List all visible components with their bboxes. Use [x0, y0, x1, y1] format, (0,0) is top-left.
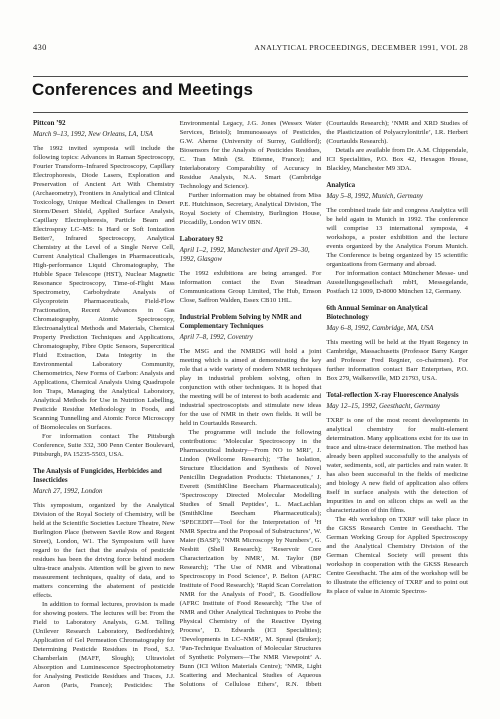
- section-paragraph: TXRF is one of the most recent developme…: [326, 416, 468, 515]
- masthead: 430 ANALYTICAL PROCEEDINGS, DECEMBER 199…: [33, 42, 468, 52]
- section-date: March 27, 1992, London: [33, 487, 175, 496]
- conference-section: Pittcon ’92March 9–13, 1992, New Orleans…: [33, 119, 175, 459]
- top-rule: [33, 76, 468, 77]
- section-paragraph: The 4th workshop on TXRF will take place…: [326, 515, 468, 596]
- conference-section: AnalyticaMay 5–8, 1992, Munich, GermanyT…: [326, 181, 468, 296]
- journal-header: ANALYTICAL PROCEEDINGS, DECEMBER 1991, V…: [254, 43, 468, 52]
- journal-page: 430 ANALYTICAL PROCEEDINGS, DECEMBER 199…: [0, 0, 500, 719]
- section-date: March 9–13, 1992, New Orleans, LA, USA: [33, 130, 175, 139]
- conference-section: Laboratory 92April 1–2, 1992, Manchester…: [180, 235, 322, 305]
- section-paragraph: The 1992 exhibitions are being arranged.…: [180, 269, 322, 305]
- section-heading: 6th Annual Seminar on Analytical Biotech…: [326, 304, 468, 322]
- page-number: 430: [33, 42, 47, 52]
- section-date: May 6–8, 1992, Cambridge, MA, USA: [326, 324, 468, 333]
- section-paragraph: The 1992 invited symposia will include t…: [33, 144, 175, 432]
- section-paragraph: This symposium, organized by the Analyti…: [33, 501, 175, 600]
- section-paragraph: The MSG and the NMRDG will hold a joint …: [180, 347, 322, 428]
- section-date: April 1–2, 1992, Manchester and April 29…: [180, 246, 322, 264]
- section-heading: Total-reflection X-ray Fluorescence Anal…: [326, 391, 468, 400]
- section-paragraph: For information contact Münchener Messe-…: [326, 269, 468, 296]
- section-paragraph: The combined trade fair and congress Ana…: [326, 206, 468, 269]
- conference-section: Total-reflection X-ray Fluorescence Anal…: [326, 391, 468, 596]
- section-date: May 5–8, 1992, Munich, Germany: [326, 192, 468, 201]
- section-date: May 12–15, 1992, Geesthacht, Germany: [326, 402, 468, 411]
- section-heading: Industrial Problem Solving by NMR and Co…: [180, 313, 322, 331]
- title-rule: [33, 112, 468, 113]
- section-paragraph: This meeting will be held at the Hyatt R…: [326, 338, 468, 383]
- columns: Pittcon ’92March 9–13, 1992, New Orleans…: [33, 119, 468, 696]
- section-heading: Analytica: [326, 181, 468, 190]
- section-heading: The Analysis of Fungicides, Herbicides a…: [33, 467, 175, 485]
- section-paragraph: Details are available from Dr. A.M. Chip…: [326, 146, 468, 173]
- section-heading: Pittcon ’92: [33, 119, 175, 128]
- conference-section: 6th Annual Seminar on Analytical Biotech…: [326, 304, 468, 383]
- page-title: Conferences and Meetings: [32, 80, 253, 100]
- section-paragraph: Further information may be obtained from…: [180, 191, 322, 227]
- section-paragraph: For information contact The Pittsburgh C…: [33, 432, 175, 459]
- section-date: April 7–8, 1992, Coventry: [180, 333, 322, 342]
- section-heading: Laboratory 92: [180, 235, 322, 244]
